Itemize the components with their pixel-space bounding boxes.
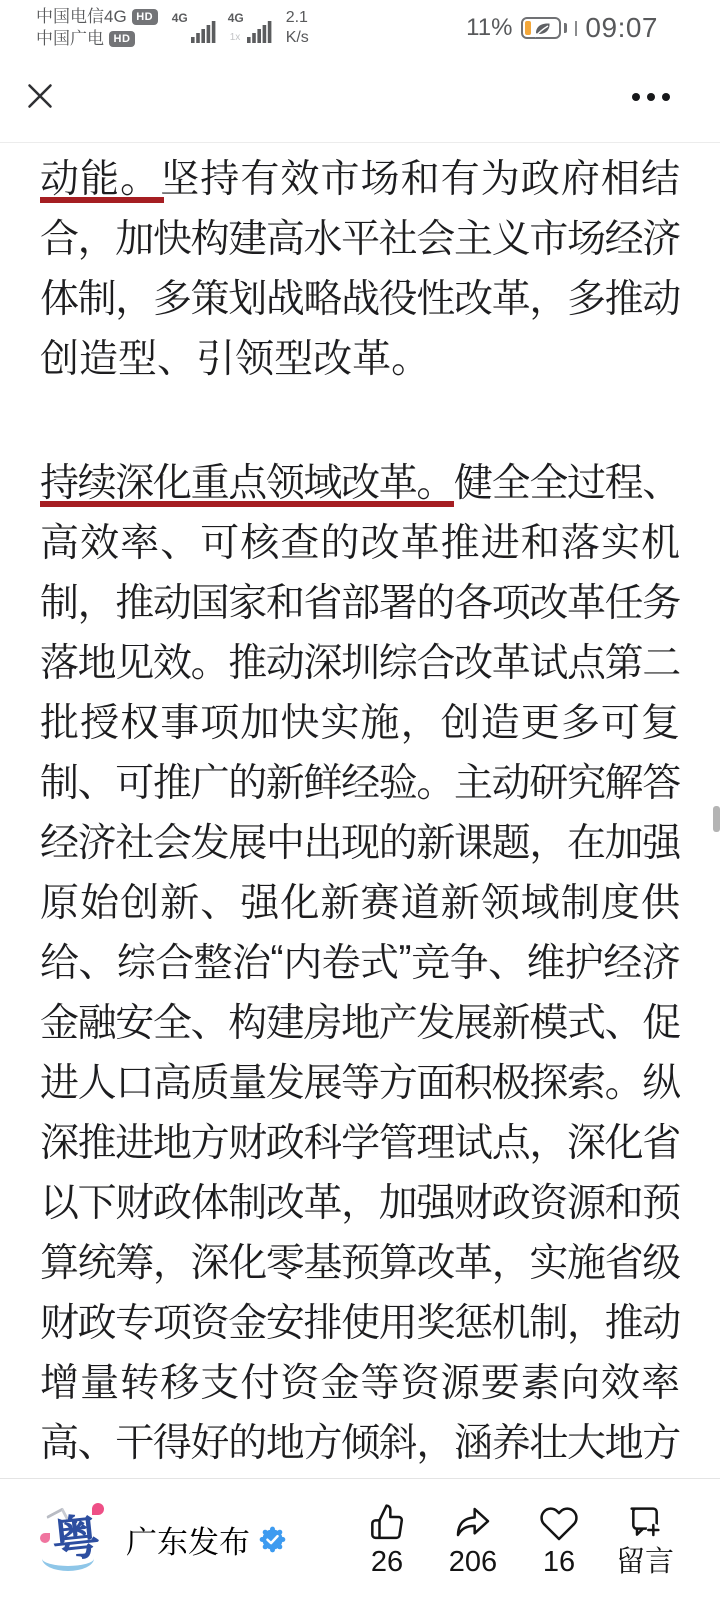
more-menu-button[interactable] [632, 80, 670, 114]
more-dots-icon [632, 93, 640, 101]
verified-badge-icon [259, 1526, 286, 1553]
clock-time: 09:07 [585, 12, 658, 44]
sim2-net-label: 4G [228, 11, 244, 25]
action-buttons: 26 206 16 留言 [344, 1502, 688, 1577]
article-line: 合，加快构建高水平社会主义市场经济 [40, 206, 680, 266]
paragraph: 动能。坚持有效市场和有为政府相结合，加快构建高水平社会主义市场经济体制，多策划战… [40, 146, 680, 386]
red-underline [40, 501, 454, 507]
article-line: 创造型、引领型改革。 [40, 326, 680, 386]
favorite-button[interactable]: 16 [516, 1502, 602, 1577]
article-nav-bar [0, 56, 720, 142]
status-bar: 中国电信4G HD 中国广电 HD 4G [0, 0, 720, 56]
sim2-sub-label: 1x [230, 32, 241, 43]
hd-badge-icon: HD [109, 31, 135, 47]
carrier-info: 中国电信4G HD 中国广电 HD [36, 6, 158, 50]
article-body: 动能。坚持有效市场和有为政府相结合，加快构建高水平社会主义市场经济体制，多策划战… [0, 143, 720, 1477]
article-line: 动能。坚持有效市场和有为政府相结 [40, 146, 680, 206]
scrollbar-thumb[interactable] [713, 806, 720, 832]
battery-level-fill [525, 21, 531, 35]
carrier-2-label: 中国广电 [36, 28, 104, 50]
avatar-blossom-motif [40, 1533, 50, 1543]
share-count: 206 [449, 1547, 497, 1577]
red-underline [40, 197, 164, 203]
battery-percent: 11% [466, 14, 512, 42]
account-name: 广东发布 [126, 1517, 250, 1562]
article-line: 算统筹，深化零基预算改革，实施省级 [40, 1230, 680, 1290]
article-line: 给、综合整治“内卷式”竞争、维护经济 [40, 930, 680, 990]
like-count: 26 [371, 1547, 403, 1577]
article-line: 持续深化重点领域改革。健全全过程、 [40, 450, 680, 510]
article-line: 体制，多策划战略战役性改革，多推动 [40, 266, 680, 326]
article-line: 金融安全、构建房地产发展新模式、促 [40, 990, 680, 1050]
signal-indicators: 4G 4G 1x [172, 10, 274, 46]
avatar-wave-motif [42, 1546, 94, 1571]
network-speed: 2.1 K/s [286, 8, 309, 48]
account-avatar[interactable]: 粤 [38, 1503, 112, 1577]
article-line: 财政专项资金安排使用奖惩机制，推动 [40, 1290, 680, 1350]
share-arrow-icon [453, 1502, 493, 1542]
article-line: 高、干得好的地方倾斜，涵养壮大地方 [40, 1410, 680, 1470]
carrier-1-label: 中国电信4G [36, 6, 127, 28]
article-line: 原始创新、强化新赛道新领域制度供 [40, 870, 680, 930]
article-line: 制，推动国家和省部署的各项改革任务 [40, 570, 680, 630]
battery-icon [521, 17, 561, 39]
sim1-net-label: 4G [172, 11, 188, 25]
power-save-leaf-icon [532, 19, 554, 41]
article-line: 高效率、可核查的改革推进和落实机 [40, 510, 680, 570]
close-button[interactable] [18, 74, 62, 118]
like-button[interactable]: 26 [344, 1502, 430, 1577]
comment-label: 留言 [616, 1547, 674, 1577]
paragraph: 持续深化重点领域改革。健全全过程、高效率、可核查的改革推进和落实机制，推动国家和… [40, 450, 680, 1470]
speed-value: 2.1 [286, 8, 309, 28]
sim1-signal-icon: 4G [172, 10, 218, 46]
heart-icon [539, 1502, 579, 1542]
close-icon [22, 78, 58, 114]
thumbs-up-icon [367, 1502, 407, 1542]
status-divider [575, 21, 577, 36]
account-link[interactable]: 广东发布 [112, 1517, 286, 1562]
article-line: 落地见效。推动深圳综合改革试点第二 [40, 630, 680, 690]
sim2-signal-icon: 4G 1x [228, 10, 274, 46]
avatar-blossom-motif [92, 1503, 104, 1515]
favorite-count: 16 [543, 1547, 575, 1577]
hd-badge-icon: HD [132, 9, 158, 25]
article-line: 增量转移支付资金等资源要素向效率 [40, 1350, 680, 1410]
article-line: 进人口高质量发展等方面积极探索。纵 [40, 1050, 680, 1110]
article-line: 深推进地方财政科学管理试点，深化省 [40, 1110, 680, 1170]
comment-plus-icon [625, 1502, 665, 1542]
article-line: 批授权事项加快实施，创造更多可复 [40, 690, 680, 750]
article-line: 制、可推广的新鲜经验。主动研究解答 [40, 750, 680, 810]
speed-unit: K/s [286, 28, 309, 48]
battery-tip [564, 23, 567, 33]
comment-button[interactable]: 留言 [602, 1502, 688, 1577]
article-line: 经济社会发展中出现的新课题，在加强 [40, 810, 680, 870]
article-line: 以下财政体制改革，加强财政资源和预 [40, 1170, 680, 1230]
wechat-article-page: 中国电信4G HD 中国广电 HD 4G [0, 0, 720, 1600]
account-action-bar: 粤 广东发布 [0, 1478, 720, 1600]
share-button[interactable]: 206 [430, 1502, 516, 1577]
